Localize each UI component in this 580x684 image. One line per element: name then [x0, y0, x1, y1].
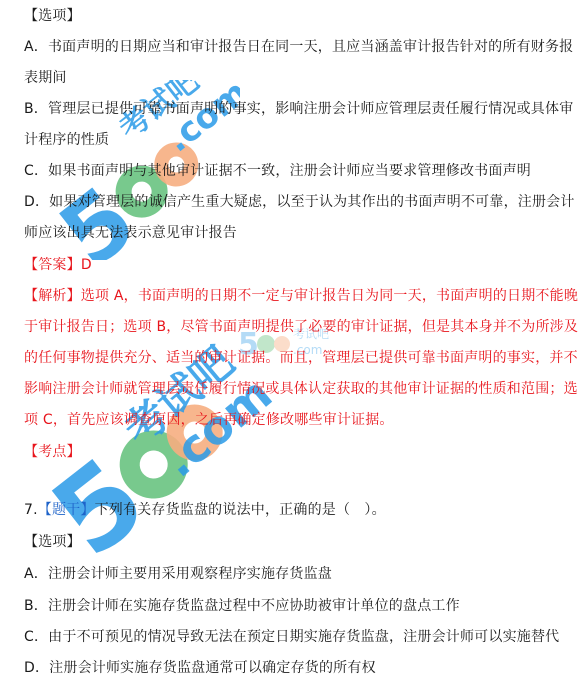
analysis-line-3: 的任何事物提供充分、适当的审计证据。而且，管理层已提供可靠书面声明的事实，并不 [24, 348, 570, 368]
option-d-line-2: 师应该出具无法表示意见审计报告 [24, 223, 570, 243]
analysis-line-4: 影响注册会计师就管理层责任履行情况或具体认定获取的其他审计证据的性质和范围；选 [24, 379, 570, 399]
option-a-line-2: 表期间 [24, 68, 570, 88]
option-c-line-1: C．如果书面声明与其他审计证据不一致，注册会计师应当要求管理修改书面声明 [24, 161, 570, 181]
option-b-line-2: 计程序的性质 [24, 130, 570, 150]
q7-option-c: C．由于不可预见的情况导致无法在预定日期实施存货监盘，注册会计师可以实施替代 [24, 627, 570, 647]
option-a-line-1: A．书面声明的日期应当和审计报告日在同一天，且应当涵盖审计报告针对的所有财务报 [24, 37, 570, 57]
stem-label: 【题干】 [38, 502, 95, 518]
option-d-line-1: D．如果对管理层的诚信产生重大疑虑，以至于认为其作出的书面声明不可靠，注册会计 [24, 192, 570, 212]
options-header: 【选项】 [24, 6, 570, 26]
answer-label: 【答案】 [24, 257, 81, 273]
q7-option-a: A．注册会计师主要用采用观察程序实施存货监盘 [24, 564, 570, 584]
q7-option-b: B．注册会计师在实施存货监盘过程中不应协助被审计单位的盘点工作 [24, 596, 570, 616]
keypoint-label: 【考点】 [24, 442, 570, 462]
stem-text: 下列有关存货监盘的说法中，正确的是（ ）。 [95, 502, 386, 518]
analysis-line-1: 【解析】选项 A，书面声明的日期不一定与审计报告日为同一天，书面声明的日期不能晚 [24, 286, 570, 306]
question-7-stem: 7.【题干】下列有关存货监盘的说法中，正确的是（ ）。 [24, 500, 570, 520]
question-number: 7. [24, 502, 38, 518]
q7-option-d: D．注册会计师实施存货监盘通常可以确定存货的所有权 [24, 658, 570, 678]
analysis-line-5: 项 C，首先应该调查原因，之后再确定修改哪些审计证据。 [24, 410, 570, 430]
q7-options-header: 【选项】 [24, 532, 570, 552]
option-b-line-1: B．管理层已提供可靠书面声明的事实，影响注册会计师应管理层责任履行情况或具体审 [24, 99, 570, 119]
answer-value: D [81, 257, 92, 273]
answer-line: 【答案】D [24, 255, 570, 275]
analysis-line-2: 于审计报告日；选项 B，尽管书面声明提供了必要的审计证据，但是其本身并不为所涉及 [24, 317, 570, 337]
